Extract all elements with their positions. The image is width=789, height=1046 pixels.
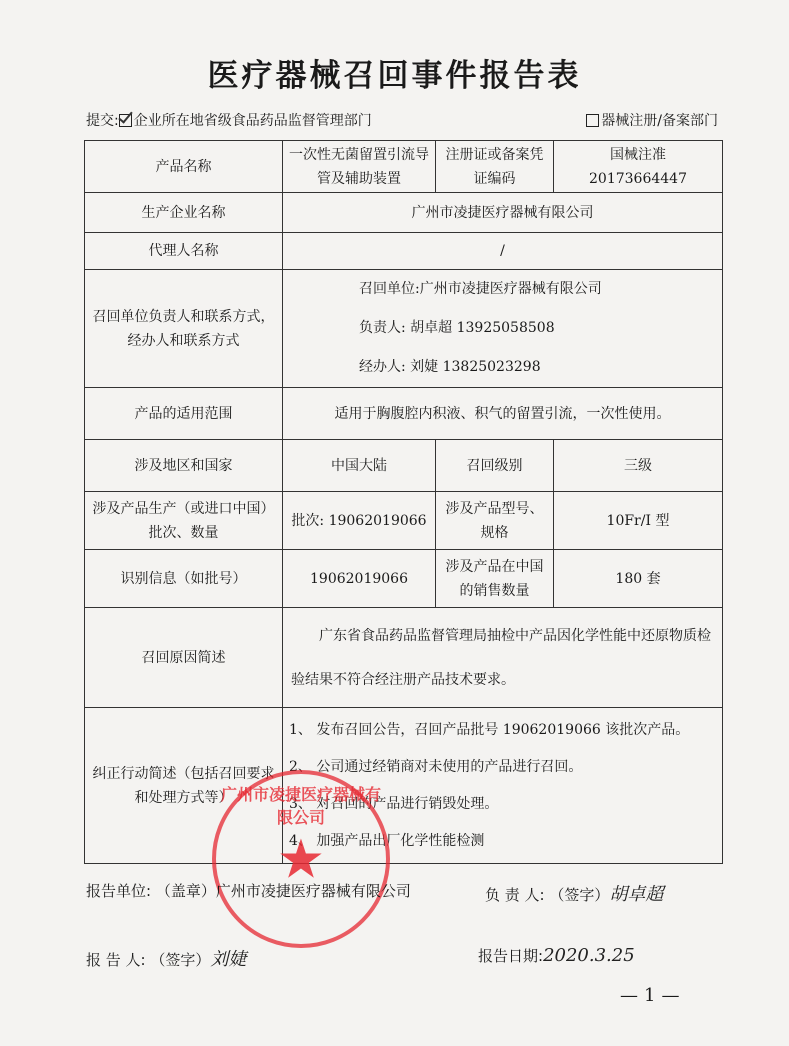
responsible-label: 负 责 人: （签字） — [485, 886, 609, 904]
product-name-value: 一次性无菌留置引流导管及辅助装置 — [283, 141, 436, 193]
reg-cert-label: 注册证或备案凭证编码 — [436, 141, 554, 193]
report-unit-value: 广州市凌捷医疗器械有限公司 — [216, 882, 411, 900]
submit-option-provincial-label: 企业所在地省级食品药品监督管理部门 — [134, 110, 372, 130]
checkbox-empty-icon[interactable] — [586, 114, 599, 127]
submit-option-registration-label: 器械注册/备案部门 — [601, 110, 718, 130]
region-label: 涉及地区和国家 — [85, 440, 283, 492]
actions-label: 纠正行动简述（包括召回要求和处理方式等） — [85, 708, 283, 864]
contact-handler: 经办人: 刘婕 13825023298 — [289, 348, 716, 387]
submit-option-provincial: 提交: 企业所在地省级食品药品监督管理部门 — [86, 110, 372, 130]
sales-value: 180 套 — [554, 550, 723, 608]
reporter-signature: 报 告 人: （签字）刘婕 — [86, 945, 246, 971]
submit-option-registration: 器械注册/备案部门 — [586, 110, 718, 130]
action-item: 3、 对召回的产品进行销毁处理。 — [289, 786, 716, 823]
responsible-signature: 负 责 人: （签字）胡卓超 — [485, 880, 663, 906]
action-item: 4、 加强产品出厂化学性能检测 — [289, 823, 716, 860]
report-date-value: 2020.3.25 — [543, 945, 635, 966]
model-value: 10Fr/I 型 — [554, 492, 723, 550]
scope-label: 产品的适用范围 — [85, 388, 283, 440]
agent-value: / — [283, 233, 723, 270]
contact-responsible: 负责人: 胡卓超 13925058508 — [289, 309, 716, 348]
report-date-label: 报告日期: — [478, 947, 543, 965]
batch-value: 批次: 19062019066 — [283, 492, 436, 550]
agent-label: 代理人名称 — [85, 233, 283, 270]
reason-value: 广东省食品药品监督管理局抽检中产品因化学性能中还原物质检验结果不符合经注册产品技… — [283, 608, 723, 708]
report-unit-label: 报告单位: （盖章） — [86, 882, 216, 900]
product-name-label: 产品名称 — [85, 141, 283, 193]
scope-value: 适用于胸腹腔内积液、积气的留置引流，一次性使用。 — [283, 388, 723, 440]
recall-level-label: 召回级别 — [436, 440, 554, 492]
ident-value: 19062019066 — [283, 550, 436, 608]
document-title: 医疗器械召回事件报告表 — [0, 50, 789, 95]
ident-label: 识别信息（如批号） — [85, 550, 283, 608]
contact-unit: 召回单位:广州市凌捷医疗器械有限公司 — [289, 270, 716, 309]
sales-label: 涉及产品在中国的销售数量 — [436, 550, 554, 608]
recall-report-table: 产品名称 一次性无菌留置引流导管及辅助装置 注册证或备案凭证编码 国械注准 20… — [84, 140, 723, 864]
contact-info: 召回单位:广州市凌捷医疗器械有限公司 负责人: 胡卓超 13925058508 … — [283, 270, 723, 388]
responsible-signature-value: 胡卓超 — [609, 884, 663, 905]
recall-level-value: 三级 — [554, 440, 723, 492]
reporter-label: 报 告 人: （签字） — [86, 951, 210, 969]
checkbox-checked-icon[interactable] — [119, 114, 132, 127]
batch-label: 涉及产品生产（或进口中国）批次、数量 — [85, 492, 283, 550]
page-number: —1— — [620, 985, 685, 1006]
actions-list: 1、 发布召回公告，召回产品批号 19062019066 该批次产品。 2、 公… — [283, 708, 723, 864]
model-label: 涉及产品型号、规格 — [436, 492, 554, 550]
submit-prefix: 提交: — [86, 110, 119, 130]
reg-cert-value: 国械注准 20173664447 — [554, 141, 723, 193]
report-unit: 报告单位: （盖章）广州市凌捷医疗器械有限公司 — [86, 880, 411, 901]
manufacturer-value: 广州市凌捷医疗器械有限公司 — [283, 193, 723, 233]
submit-to-row: 提交: 企业所在地省级食品药品监督管理部门 器械注册/备案部门 — [86, 110, 718, 130]
contact-label: 召回单位负责人和联系方式，经办人和联系方式 — [85, 270, 283, 388]
reason-text: 广东省食品药品监督管理局抽检中产品因化学性能中还原物质检验结果不符合经注册产品技… — [291, 628, 711, 688]
reporter-signature-value: 刘婕 — [210, 949, 246, 970]
report-date: 报告日期:2020.3.25 — [478, 945, 635, 966]
action-item: 2、 公司通过经销商对未使用的产品进行召回。 — [289, 749, 716, 786]
action-item: 1、 发布召回公告，召回产品批号 19062019066 该批次产品。 — [289, 712, 716, 749]
manufacturer-label: 生产企业名称 — [85, 193, 283, 233]
reason-label: 召回原因简述 — [85, 608, 283, 708]
region-value: 中国大陆 — [283, 440, 436, 492]
